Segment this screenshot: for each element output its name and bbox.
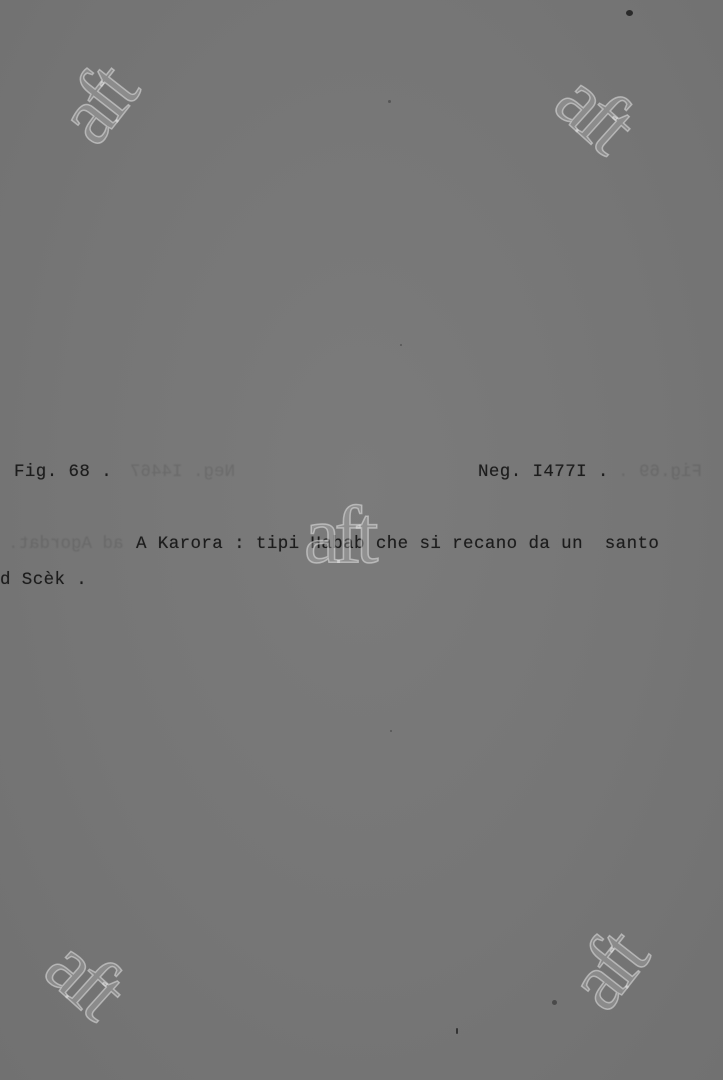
show-through-caption-fragment: ad Agordat.	[8, 534, 124, 554]
show-through-figure-label: Fig.69 .	[618, 462, 702, 482]
caption-line-2: d Scèk .	[0, 570, 87, 590]
dust-speck	[552, 1000, 557, 1005]
watermark-logo-top-right: aft	[541, 58, 647, 165]
dust-speck	[400, 344, 402, 346]
watermark-logo-bottom-left: aft	[31, 924, 137, 1031]
figure-label: Fig. 68 .	[14, 462, 112, 482]
negative-label: Neg. I477I .	[478, 462, 609, 482]
watermark-logo-center: aft	[304, 494, 372, 576]
dust-speck	[626, 10, 633, 16]
dust-speck	[456, 1028, 458, 1034]
scanned-document-page: Fig.69 . Neg. I4467 ad Agordat. Fig. 68 …	[0, 0, 723, 1080]
show-through-negative-label: Neg. I4467	[130, 462, 235, 482]
caption-line-1: A Karora : tipi Habab che si recano da u…	[136, 534, 659, 554]
dust-speck	[390, 730, 392, 732]
dust-speck	[388, 100, 391, 103]
watermark-logo-top-left: aft	[43, 53, 150, 157]
watermark-logo-bottom-right: aft	[553, 919, 660, 1023]
